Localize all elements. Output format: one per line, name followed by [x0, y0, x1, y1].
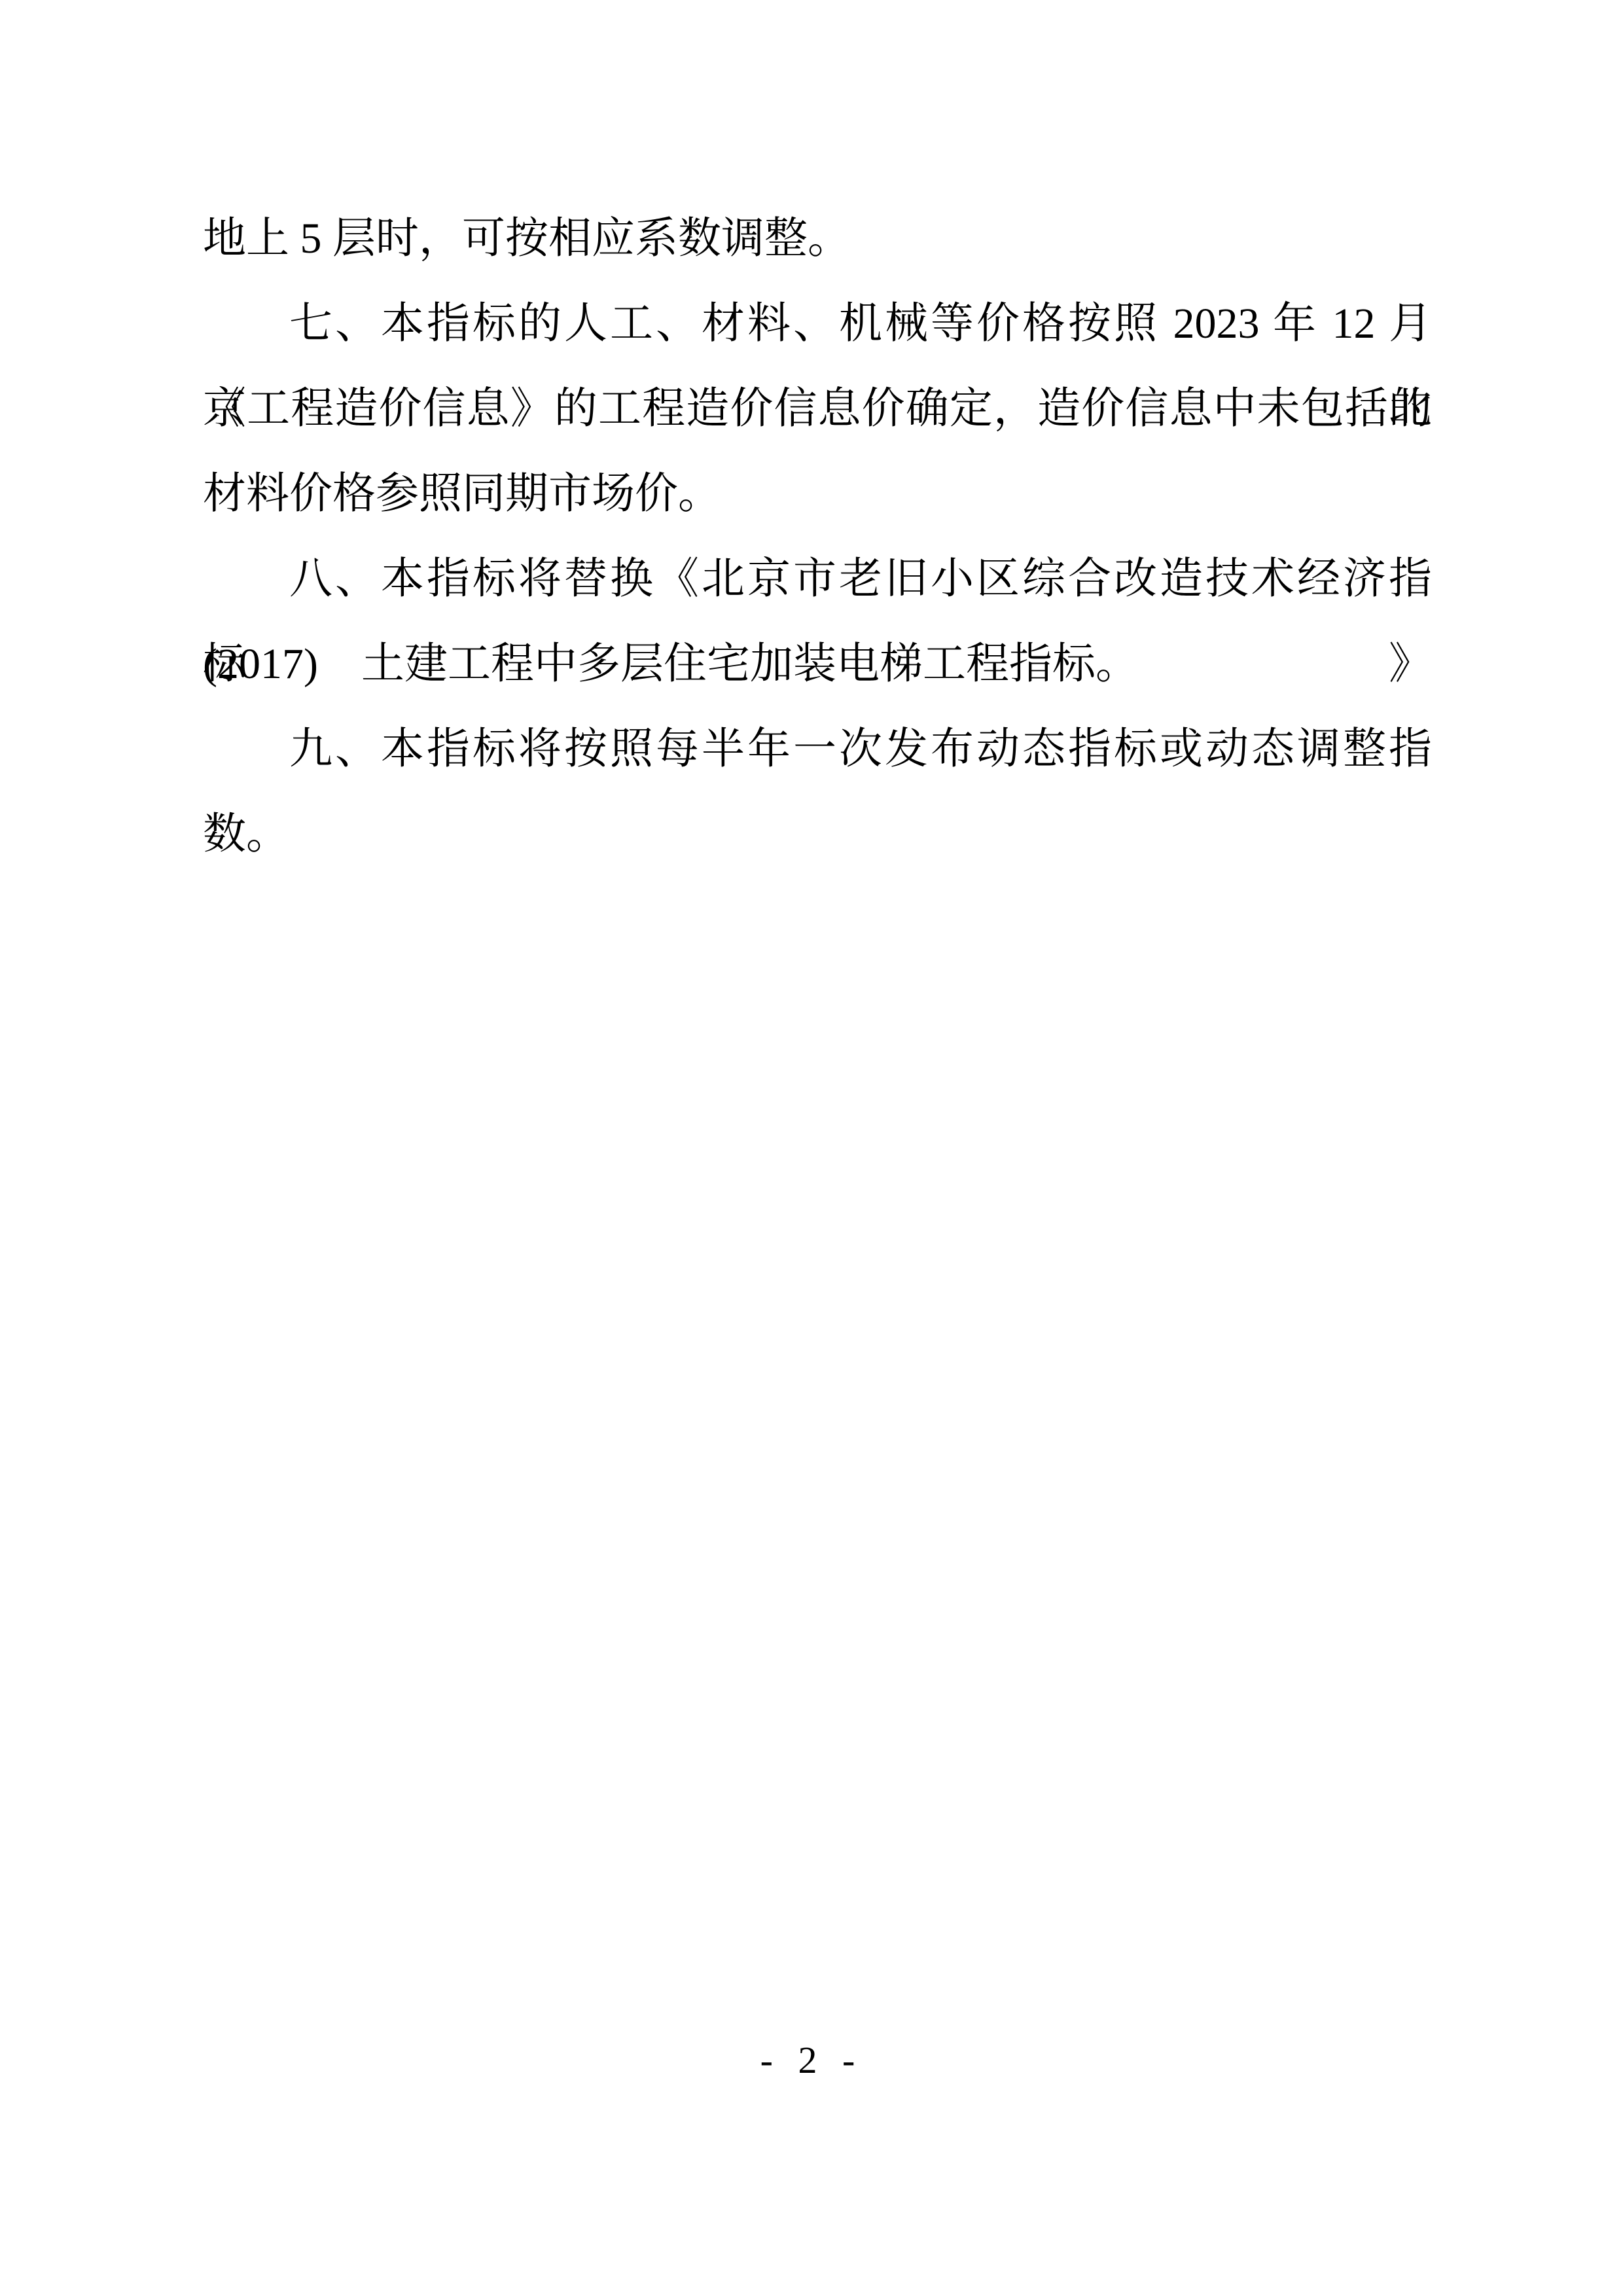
- body-line: 数。: [203, 792, 1432, 877]
- body-line: 七、本指标的人工、材料、机械等价格按照 2023 年 12 月《北: [203, 281, 1432, 367]
- document-page: 地上 5 层时，可按相应系数调整。 七、本指标的人工、材料、机械等价格按照 20…: [0, 0, 1623, 2296]
- body-line: 八、本指标将替换《北京市老旧小区综合改造技术经济指标》: [203, 537, 1432, 622]
- body-text-block: 地上 5 层时，可按相应系数调整。 七、本指标的人工、材料、机械等价格按照 20…: [203, 196, 1432, 877]
- page-number: - 2 -: [0, 2041, 1623, 2080]
- body-line: 九、本指标将按照每半年一次发布动态指标或动态调整指: [203, 707, 1432, 792]
- body-line: 京工程造价信息》的工程造价信息价确定，造价信息中未包括的: [203, 367, 1432, 452]
- body-line: 材料价格参照同期市场价。: [203, 452, 1432, 537]
- body-line: 地上 5 层时，可按相应系数调整。: [203, 196, 1432, 281]
